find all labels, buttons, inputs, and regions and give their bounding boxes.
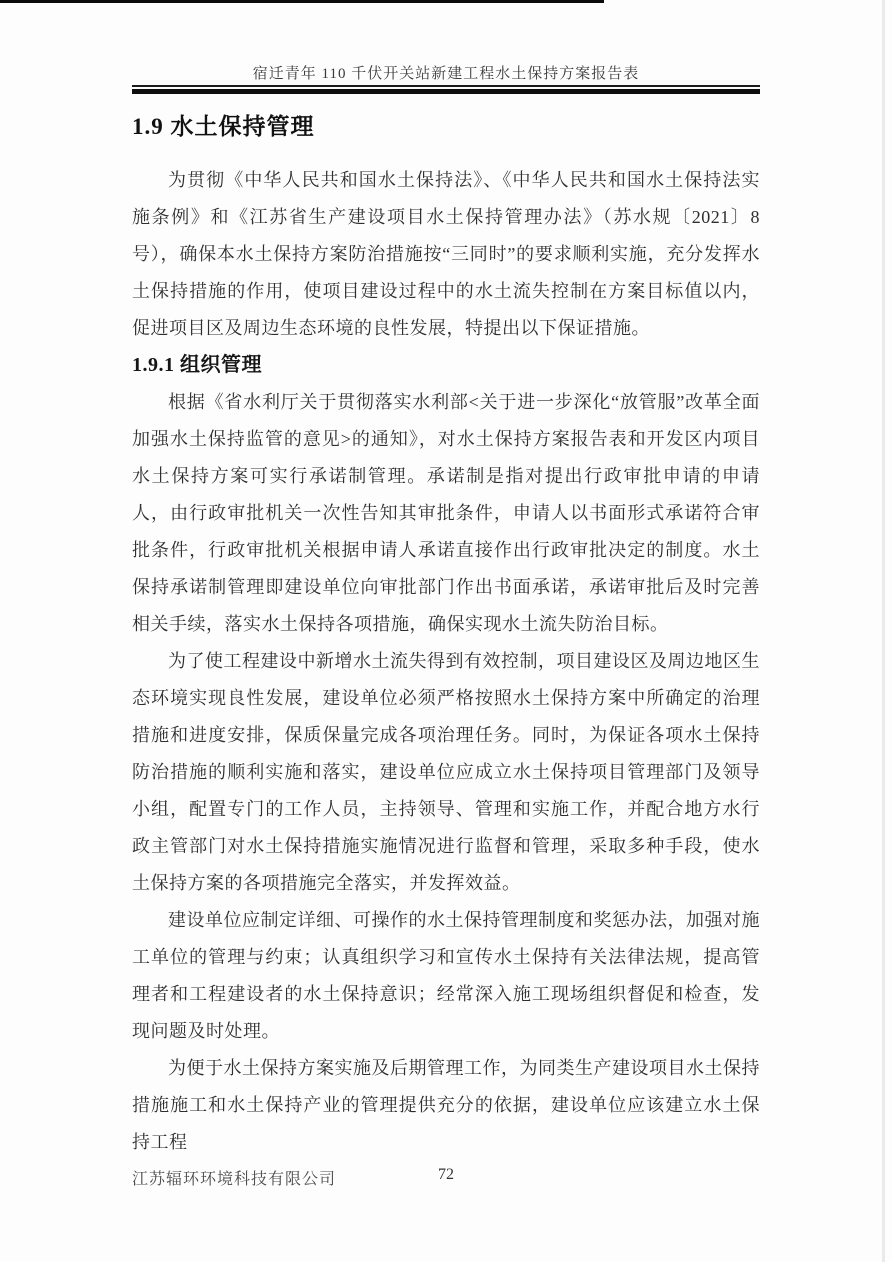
paragraph-intro: 为贯彻《中华人民共和国水土保持法》、《中华人民共和国水土保持法实施条例》和《江苏… <box>132 162 760 347</box>
document-body: 1.9 水土保持管理 为贯彻《中华人民共和国水土保持法》、《中华人民共和国水土保… <box>132 0 760 1161</box>
page-edge-shadow <box>882 0 885 1262</box>
section-title: 1.9 水土保持管理 <box>132 0 760 141</box>
paragraph-organization-2: 为了使工程建设中新增水土流失得到有效控制，项目建设区及周边地区生态环境实现良性发… <box>132 643 760 902</box>
paragraph-organization-1: 根据《省水利厅关于贯彻落实水利部<关于进一步深化“放管服”改革全面加强水土保持监… <box>132 384 760 643</box>
document-page: 宿迁青年 110 千伏开关站新建工程水土保持方案报告表 1.9 水土保持管理 为… <box>0 0 892 1262</box>
paragraph-organization-4: 为便于水土保持方案实施及后期管理工作，为同类生产建设项目水土保持措施施工和水土保… <box>132 1050 760 1161</box>
subsection-title: 1.9.1 组织管理 <box>132 347 760 384</box>
footer-page-number: 72 <box>132 1166 760 1184</box>
paragraph-organization-3: 建设单位应制定详细、可操作的水土保持管理制度和奖惩办法，加强对施工单位的管理与约… <box>132 902 760 1050</box>
